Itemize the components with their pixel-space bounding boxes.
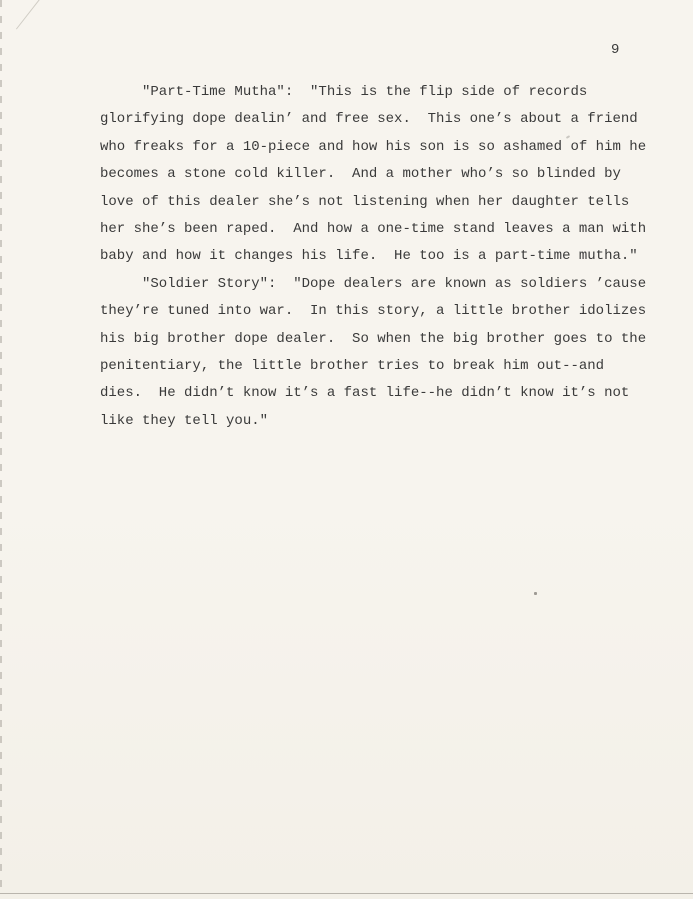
text-line: dies. He didn’t know it’s a fast life--h…	[100, 380, 646, 407]
scan-left-edge	[0, 0, 2, 899]
text-line: glorifying dope dealin’ and free sex. Th…	[100, 106, 646, 133]
page-number: 9	[611, 42, 619, 58]
paragraph: "Part-Time Mutha": "This is the flip sid…	[100, 79, 646, 271]
text-line: her she’s been raped. And how a one-time…	[100, 216, 646, 243]
scanned-page: 9 "Part-Time Mutha": "This is the flip s…	[0, 0, 693, 899]
paragraph: "Soldier Story": "Dope dealers are known…	[100, 271, 646, 435]
text-line: love of this dealer she’s not listening …	[100, 189, 646, 216]
text-line: like they tell you."	[100, 408, 646, 435]
text-line: they’re tuned into war. In this story, a…	[100, 298, 646, 325]
paper-crease	[16, 0, 45, 29]
scan-background-strip	[0, 894, 693, 899]
text-line: becomes a stone cold killer. And a mothe…	[100, 161, 646, 188]
text-line: who freaks for a 10-piece and how his so…	[100, 134, 646, 161]
document-body: "Part-Time Mutha": "This is the flip sid…	[100, 79, 646, 435]
text-line: penitentiary, the little brother tries t…	[100, 353, 646, 380]
text-line: his big brother dope dealer. So when the…	[100, 326, 646, 353]
scan-speck	[534, 592, 537, 595]
text-line: "Soldier Story": "Dope dealers are known…	[100, 271, 646, 298]
text-line: baby and how it changes his life. He too…	[100, 243, 646, 270]
text-line: "Part-Time Mutha": "This is the flip sid…	[100, 79, 646, 106]
